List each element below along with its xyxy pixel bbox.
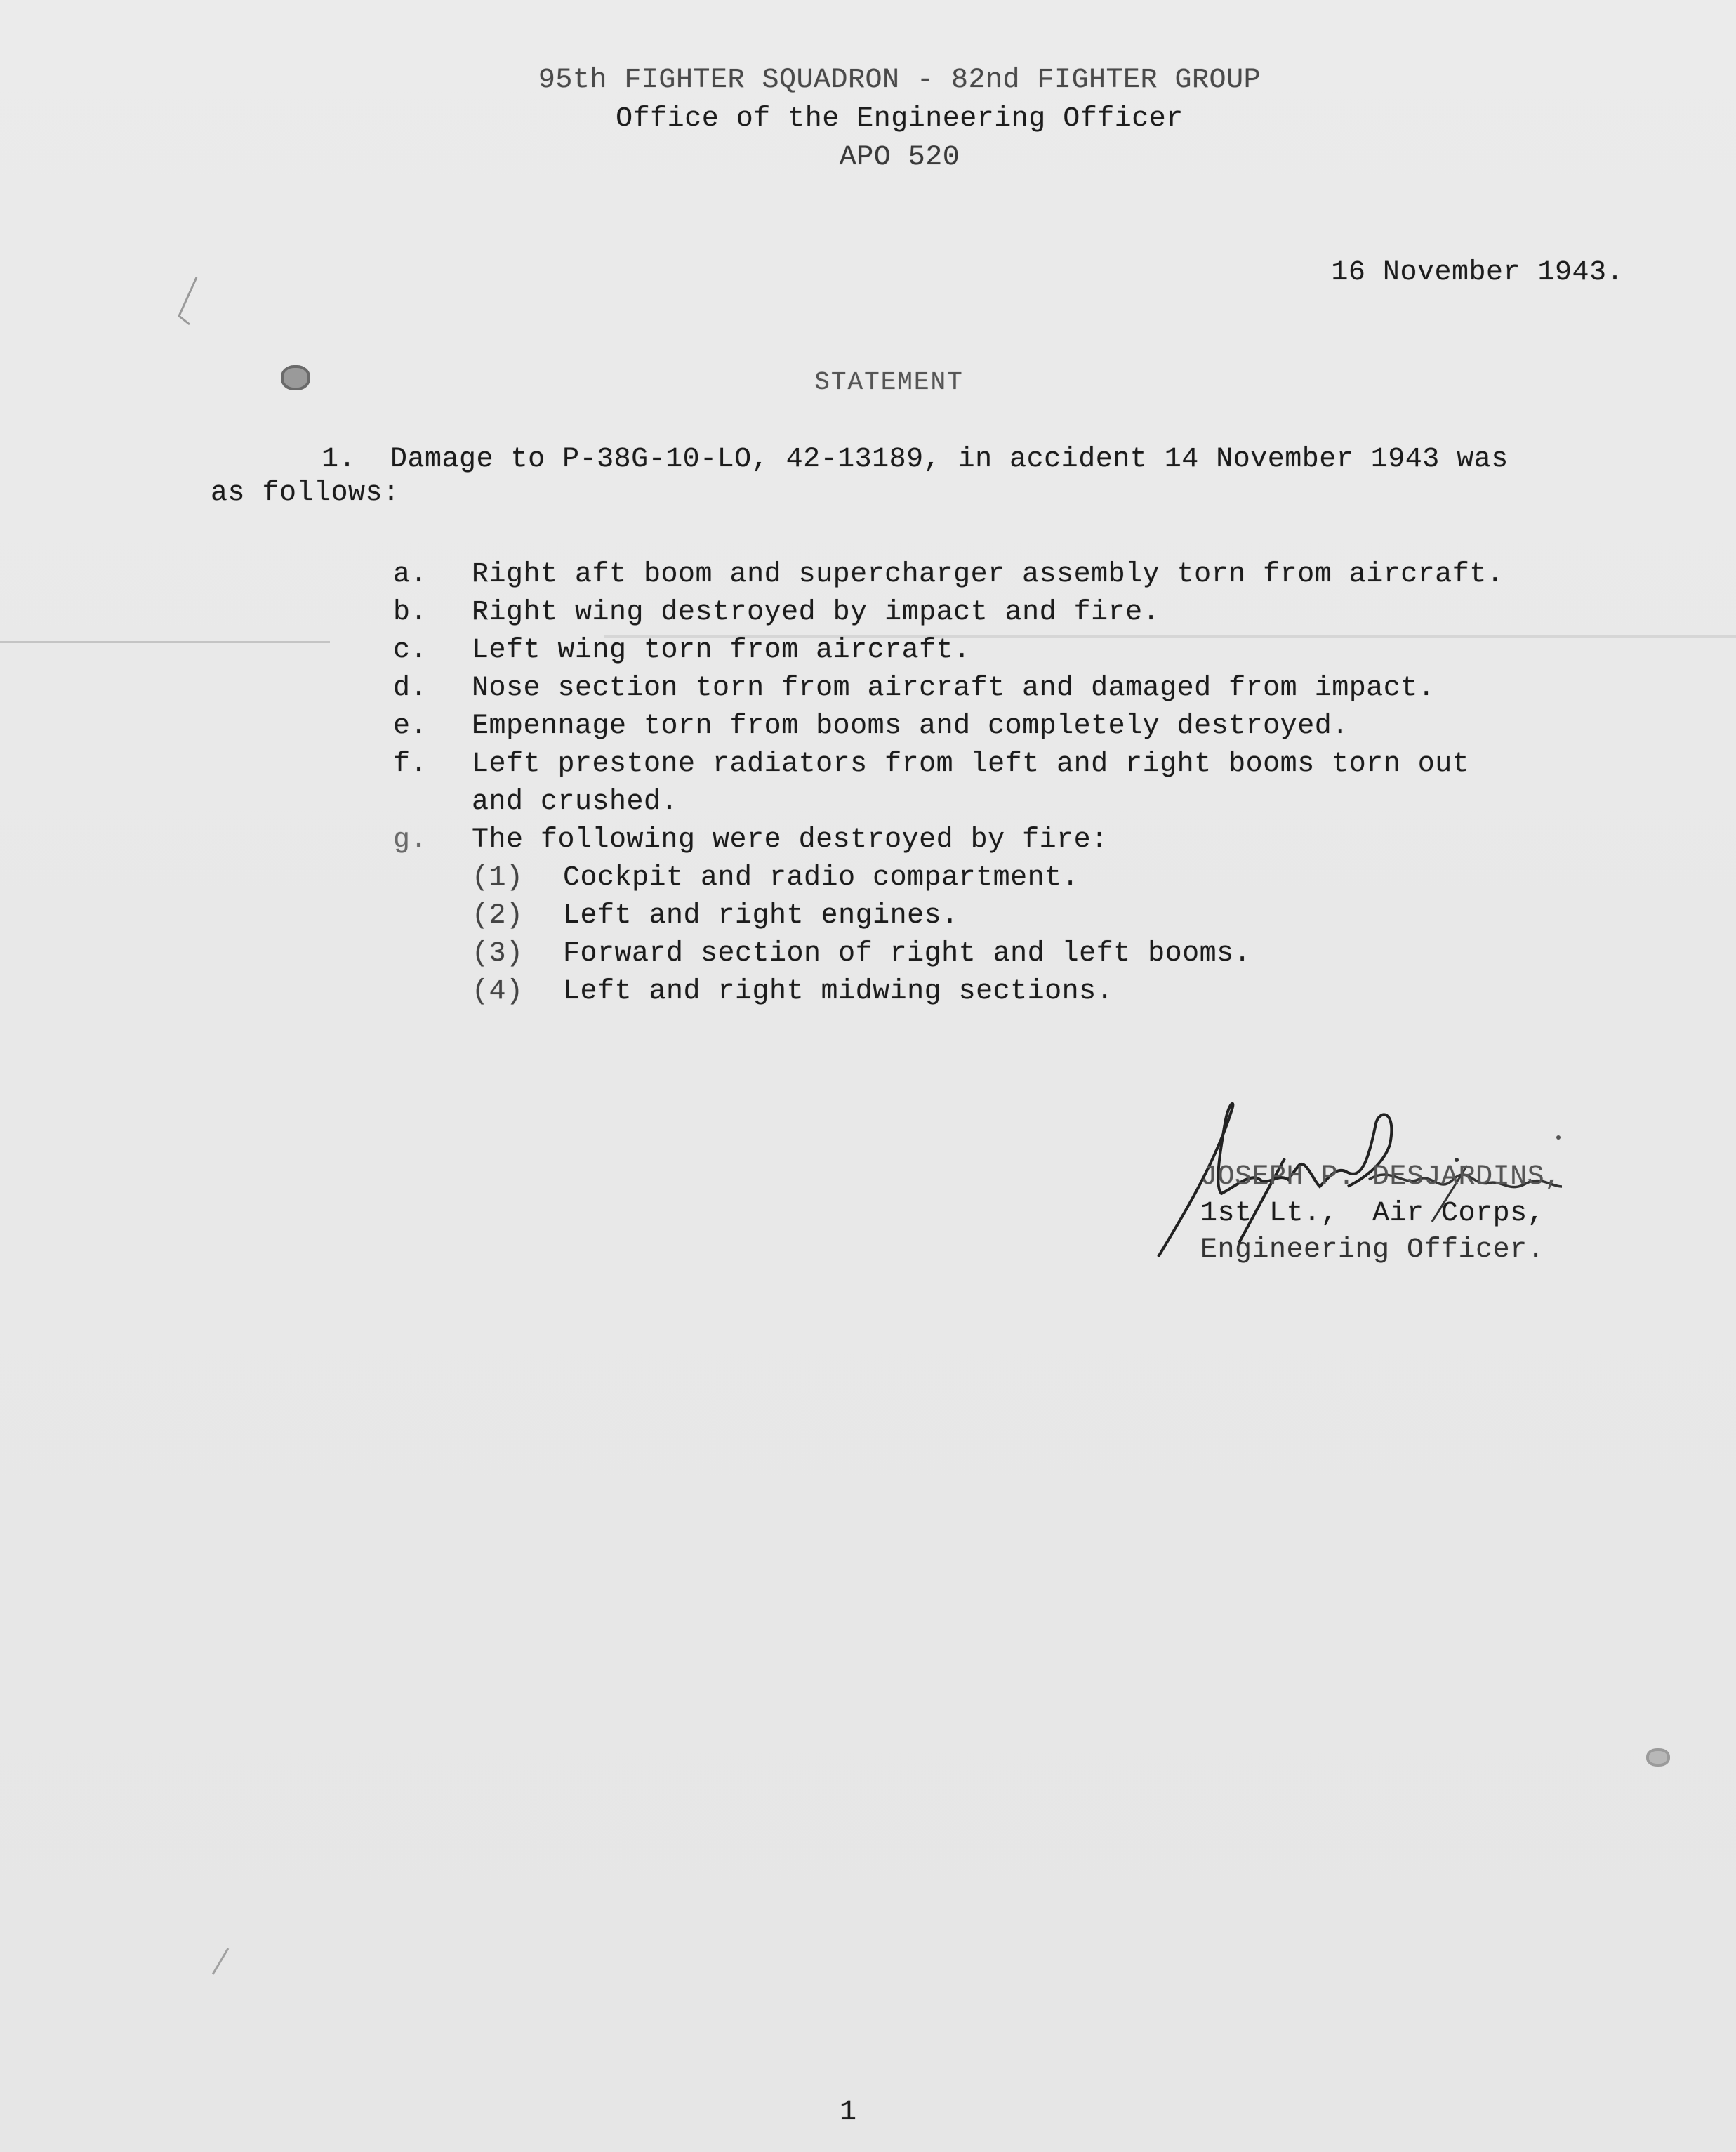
item-text: Nose section torn from aircraft and dama…	[472, 670, 1623, 708]
sublist-item: (2) Left and right engines.	[472, 897, 1251, 935]
item-marker: a.	[393, 556, 472, 594]
item-text: Right aft boom and supercharger assembly…	[472, 556, 1623, 594]
item-text: Left wing torn from aircraft.	[472, 632, 1623, 670]
signature-block: JOSEPH P. DESJARDINS, 1st Lt., Air Corps…	[1137, 1081, 1629, 1278]
list-item: b. Right wing destroyed by impact and fi…	[393, 594, 1623, 632]
ink-smudge	[1646, 1748, 1670, 1767]
list-item: f. Left prestone radiators from left and…	[393, 746, 1623, 821]
sub-marker: (2)	[472, 897, 563, 935]
sub-text: Left and right engines.	[563, 897, 959, 935]
list-item: e. Empennage torn from booms and complet…	[393, 708, 1623, 746]
paragraph-1-continuation: as follows:	[211, 475, 400, 513]
item-marker: b.	[393, 594, 472, 632]
list-item: c. Left wing torn from aircraft.	[393, 632, 1623, 670]
pencil-mark	[207, 1945, 235, 1980]
item-text: The following were destroyed by fire:	[472, 824, 1108, 856]
letterhead-unit: 95th FIGHTER SQUADRON - 82nd FIGHTER GRO…	[0, 62, 1736, 100]
sub-marker: (3)	[472, 935, 563, 973]
sublist-item: (3) Forward section of right and left bo…	[472, 935, 1251, 973]
document-date: 16 November 1943.	[1331, 254, 1624, 292]
letterhead-office: Office of the Engineering Officer	[0, 100, 1736, 138]
item-text: Right wing destroyed by impact and fire.	[472, 594, 1623, 632]
sub-text: Forward section of right and left booms.	[563, 935, 1251, 973]
document-page: 95th FIGHTER SQUADRON - 82nd FIGHTER GRO…	[0, 0, 1736, 2152]
list-item: g. The following were destroyed by fire:…	[393, 821, 1623, 1011]
item-marker: d.	[393, 670, 472, 708]
list-item: a. Right aft boom and supercharger assem…	[393, 556, 1623, 594]
sublist-item: (4) Left and right midwing sections.	[472, 973, 1251, 1011]
damage-list: a. Right aft boom and supercharger assem…	[393, 556, 1623, 1011]
item-marker: g.	[393, 821, 472, 1011]
item-text: Left prestone radiators from left and ri…	[472, 746, 1623, 821]
sublist-item: (1) Cockpit and radio compartment.	[472, 859, 1251, 897]
item-marker: c.	[393, 632, 472, 670]
pencil-mark	[168, 274, 211, 337]
scan-artifact-line	[0, 641, 330, 643]
signer-title: Engineering Officer.	[1200, 1232, 1544, 1269]
fire-damage-sublist: (1) Cockpit and radio compartment. (2) L…	[472, 859, 1251, 1011]
sub-text: Left and right midwing sections.	[563, 973, 1113, 1011]
paragraph-text: Damage to P-38G-10-LO, 42-13189, in acci…	[390, 444, 1509, 475]
letterhead-apo: APO 520	[0, 139, 1736, 177]
paragraph-1: 1. Damage to P-38G-10-LO, 42-13189, in a…	[322, 441, 1509, 479]
item-marker: f.	[393, 746, 472, 821]
document-title: STATEMENT	[0, 364, 1736, 402]
page-number: 1	[840, 2094, 857, 2132]
signer-name: JOSEPH P. DESJARDINS,	[1200, 1158, 1562, 1196]
signer-rank: 1st Lt., Air Corps,	[1200, 1195, 1544, 1233]
sub-marker: (1)	[472, 859, 563, 897]
sub-text: Cockpit and radio compartment.	[563, 859, 1079, 897]
item-text: Empennage torn from booms and completely…	[472, 708, 1623, 746]
paragraph-number: 1.	[322, 444, 356, 475]
sub-marker: (4)	[472, 973, 563, 1011]
list-item: d. Nose section torn from aircraft and d…	[393, 670, 1623, 708]
item-marker: e.	[393, 708, 472, 746]
